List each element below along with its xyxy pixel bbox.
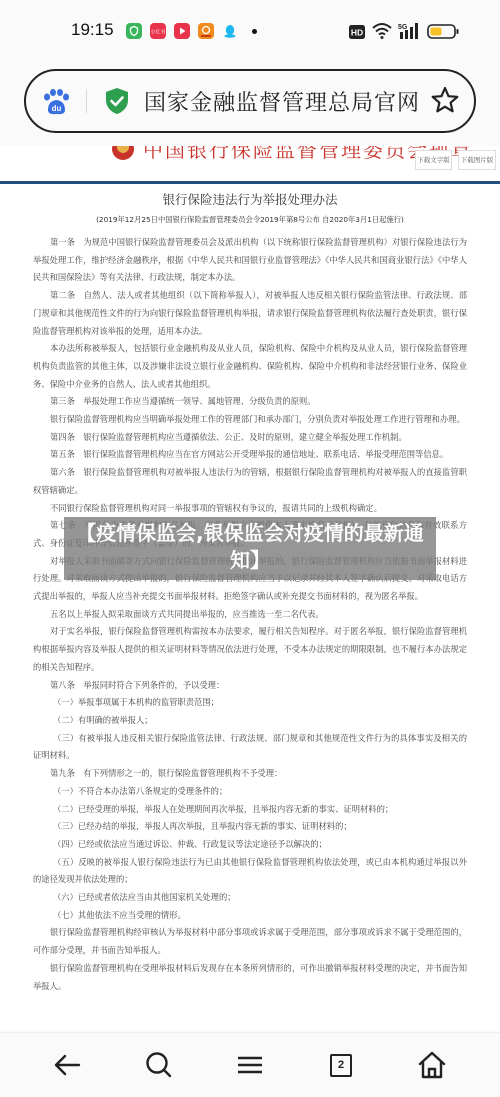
back-button[interactable] [47, 1045, 87, 1085]
document-paragraph: 第九条 有下列情形之一的，银行保险监督管理机构不予受理： [33, 765, 467, 783]
shield-check-icon[interactable] [104, 87, 130, 119]
baidu-icon[interactable]: du [42, 88, 70, 120]
document-paragraph: （三）有被举报人违反相关银行保险监管法律、行政法规、部门规章和其他规范性文件行为… [33, 730, 467, 765]
document-paragraph: 五名以上举报人拟采取面谈方式共同提出举报的，应当推选一至二名代表。 [33, 606, 467, 624]
video-app-icon [174, 23, 190, 39]
tabs-count: 2 [330, 1054, 352, 1077]
svg-text:HD: HD [351, 28, 363, 38]
document-paragraph: 本办法所称被举报人，包括银行业金融机构及从业人员，保险机构、保险中介机构及从业人… [33, 340, 467, 393]
svg-text:du: du [52, 104, 62, 113]
document-paragraph: 第一条 为规范中国银行保险监督管理委员会及派出机构（以下统称银行保险监督管理机构… [33, 234, 467, 287]
uc-browser-icon [198, 23, 214, 39]
star-icon[interactable] [430, 85, 460, 119]
site-header: 中国银行保险监督管理委员会规章 下载文字版 下载图片版 [0, 146, 500, 180]
document-paragraph: （五）反映的被举报人银行保险违法行为已由其他银行保险监督管理机构依法处理，或已由… [33, 854, 467, 889]
document-paragraph: （二）有明确的被举报人； [33, 712, 467, 730]
headline-text: 【疫情保监会,银保监会对疫情的最新通知】 [64, 520, 436, 574]
document-paragraph: 银行保险监督管理机构在受理举报材料后发现存在本条所列情形的，可作出撤销举报材料受… [33, 960, 467, 995]
browser-bottom-nav: 2 [0, 1032, 500, 1097]
national-emblem-icon [112, 146, 134, 160]
document-paragraph: （六）已经或者依法应当由其他国家机关处理的； [33, 889, 467, 907]
document-paragraph: 第五条 银行保险监督管理机构应当在官方网站公开受理举报的通信地址、联系电话、举报… [33, 446, 467, 464]
tabs-button[interactable]: 2 [321, 1045, 361, 1085]
document-body: 第一条 为规范中国银行保险监督管理委员会及派出机构（以下统称银行保险监督管理机构… [33, 234, 467, 995]
wifi-icon [372, 22, 392, 44]
back-icon [53, 1053, 81, 1077]
more-notifications-dot [252, 29, 257, 34]
document-paragraph: （四）已经或依法应当通过诉讼、仲裁、行政复议等法定途径予以解决的； [33, 836, 467, 854]
document-paragraph: （一）不符合本办法第八条规定的受理条件的； [33, 783, 467, 801]
document-paragraph: （二）已经受理的举报，举报人在处理期间再次举报，且举报内容无新的事实、证明材料的… [33, 801, 467, 819]
document-subtitle: (2019年12月25日中国银行保险监督管理委员会令2019年第8号公布 自20… [0, 215, 500, 225]
document-paragraph: （七）其他依法不应当受理的情形。 [33, 907, 467, 925]
address-bar-title[interactable]: 国家金融监督管理总局官网 [144, 86, 420, 117]
document-paragraph: 银行保险监督管理机构应当明确举报处理工作的管理部门和承办部门，分别负责对举报处理… [33, 411, 467, 429]
document-paragraph: 第八条 举报同时符合下列条件的，予以受理： [33, 677, 467, 695]
download-text-version-button[interactable]: 下载文字版 [415, 150, 452, 170]
document-paragraph: 第三条 举报处理工作应当遵循统一领导、属地管理、分级负责的原则。 [33, 393, 467, 411]
status-time: 19:15 [71, 20, 114, 40]
download-image-version-button[interactable]: 下载图片版 [458, 150, 496, 170]
home-icon [418, 1051, 446, 1079]
document-paragraph: （一）举报事项属于本机构的监管职责范围； [33, 694, 467, 712]
menu-button[interactable] [230, 1045, 270, 1085]
qq-icon [222, 23, 238, 39]
header-divider [0, 181, 500, 184]
svg-text:小红书: 小红书 [150, 29, 165, 36]
5g-signal-icon: 5G [398, 22, 420, 44]
document-paragraph: 不同银行保险监督管理机构对同一举报事项的管辖权有争议的，报请共同的上级机构确定。 [33, 500, 467, 518]
document-paragraph: 第四条 银行保险监督管理机构应当遵循依法、公正、及时的原则，建立健全举报处理工作… [33, 429, 467, 447]
search-button[interactable] [139, 1045, 179, 1085]
document-paragraph: 第六条 银行保险监督管理机构对被举报人违法行为的管辖，根据银行保险监督管理机构对… [33, 464, 467, 499]
document-paragraph: 对于实名举报，银行保险监督管理机构需按本办法要求，履行相关告知程序。对于匿名举报… [33, 623, 467, 676]
svg-text:5G: 5G [398, 24, 408, 31]
home-button[interactable] [412, 1045, 452, 1085]
battery-icon [427, 24, 459, 43]
hd-icon: HD [349, 24, 365, 43]
document-paragraph: 第二条 自然人、法人或者其他组织（以下简称举报人），对被举报人违反相关银行保险监… [33, 287, 467, 340]
headline-overlay: 【疫情保监会,银保监会对疫情的最新通知】 [64, 517, 436, 580]
document-title: 银行保险违法行为举报处理办法 [0, 190, 500, 208]
search-icon [145, 1051, 173, 1079]
divider [86, 89, 87, 113]
address-bar[interactable]: du 国家金融监督管理总局官网 [24, 69, 476, 133]
menu-icon [237, 1055, 263, 1075]
document-paragraph: 银行保险监督管理机构经审核认为举报材料中部分事项或诉求属于受理范围，部分事项或诉… [33, 924, 467, 959]
web-page-content[interactable]: 中国银行保险监督管理委员会规章 下载文字版 下载图片版 银行保险违法行为举报处理… [0, 146, 500, 1031]
shield-app-icon [126, 23, 142, 39]
status-bar: 19:15 小红书 HD 5G [0, 0, 500, 62]
document-paragraph: （三）已经办结的举报，举报人再次举报，且举报内容无新的事实、证明材料的； [33, 818, 467, 836]
weibo-like-app-icon: 小红书 [150, 23, 166, 39]
